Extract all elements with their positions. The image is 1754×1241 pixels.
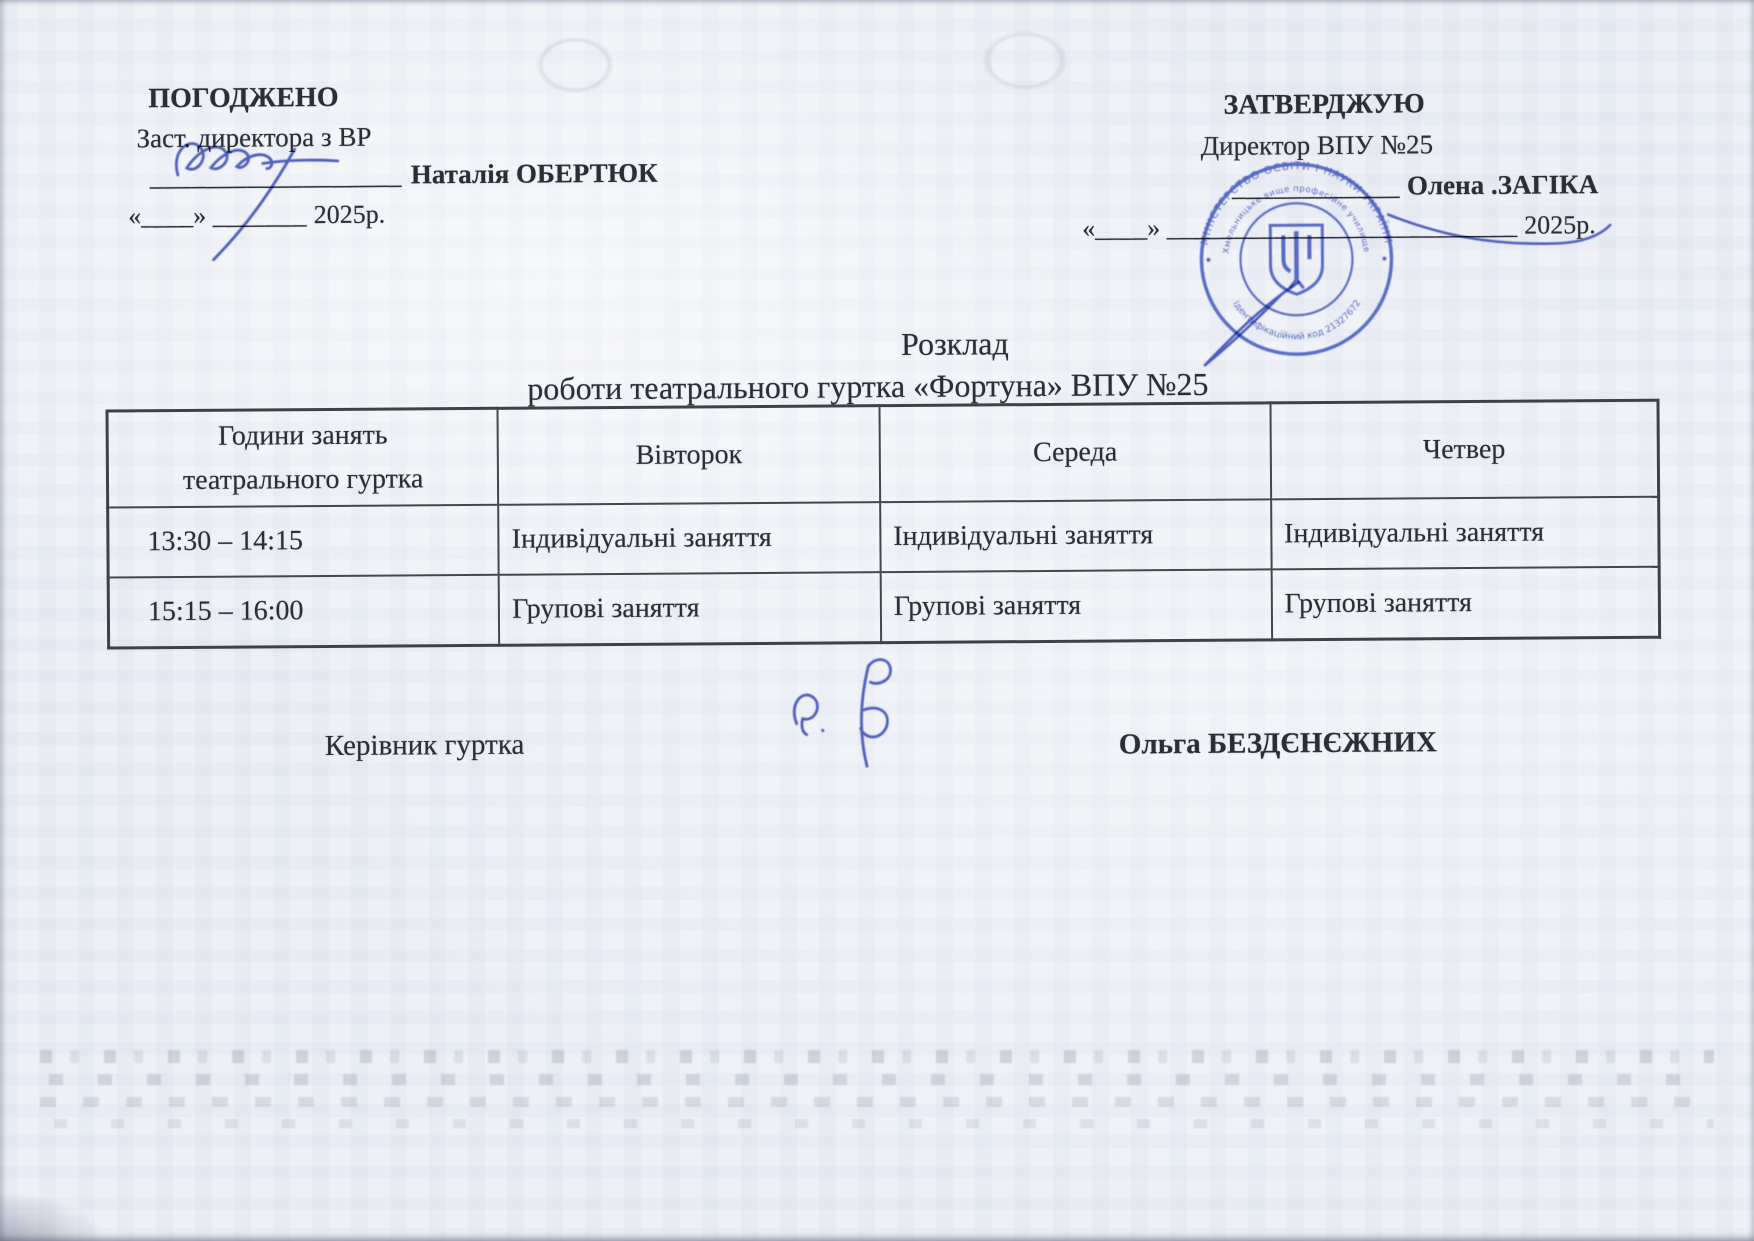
col-header-thursday: Четвер — [1270, 400, 1658, 499]
scan-noise-band — [40, 1119, 1714, 1128]
scan-noise-band — [40, 1074, 1714, 1085]
scan-noise-band — [40, 1050, 1714, 1063]
cell-time: 13:30 – 14:15 — [108, 505, 499, 578]
approval-left-name: Наталія ОБЕРТЮК — [411, 158, 658, 190]
schedule-table: Години занять театрального гуртка Вівтор… — [105, 399, 1661, 650]
signature-right-ink — [1148, 195, 1629, 398]
col-header-hours-line1: Години занять — [110, 413, 497, 460]
col-header-tuesday: Вівторок — [498, 406, 880, 505]
table-row: 15:15 – 16:00 Групові заняття Групові за… — [108, 567, 1659, 648]
approval-block-right: ЗАТВЕРДЖУЮ Директор ВПУ №25 ____________… — [0, 0, 1751, 6]
document-title: Розклад — [901, 325, 1009, 363]
approval-right-title: ЗАТВЕРДЖУЮ — [1223, 88, 1425, 121]
cell-wednesday: Групові заняття — [881, 569, 1272, 642]
approval-block-left: ПОГОДЖЕНО Заст. директора з ВР _________… — [0, 0, 1751, 6]
scanned-document-page: ПОГОДЖЕНО Заст. директора з ВР _________… — [0, 0, 1754, 1241]
cell-time: 15:15 – 16:00 — [108, 575, 499, 648]
cell-wednesday: Індивідуальні заняття — [880, 499, 1271, 572]
cell-thursday: Індивідуальні заняття — [1271, 497, 1659, 570]
table-row: 13:30 – 14:15 Індивідуальні заняття Інди… — [108, 497, 1659, 578]
cell-thursday: Групові заняття — [1271, 567, 1659, 640]
approval-left-title: ПОГОДЖЕНО — [148, 82, 338, 115]
cell-tuesday: Групові заняття — [499, 572, 881, 645]
col-header-hours-line2: театрального гуртка — [110, 457, 497, 504]
footer-name: Ольга БЕЗДЄНЄЖНИХ — [1119, 726, 1437, 761]
scan-noise-band — [40, 1097, 1714, 1107]
document-subtitle: роботи театрального гуртка «Фортуна» ВПУ… — [527, 366, 1208, 408]
signature-left-ink — [162, 118, 403, 280]
col-header-hours: Години занять театрального гуртка — [107, 408, 499, 507]
col-header-wednesday: Середа — [879, 403, 1271, 502]
footer-role-label: Керівник гуртка — [325, 729, 525, 763]
table-header-row: Години занять театрального гуртка Вівтор… — [107, 400, 1659, 507]
cell-tuesday: Індивідуальні заняття — [499, 502, 881, 575]
signature-bottom-ink — [766, 648, 927, 779]
